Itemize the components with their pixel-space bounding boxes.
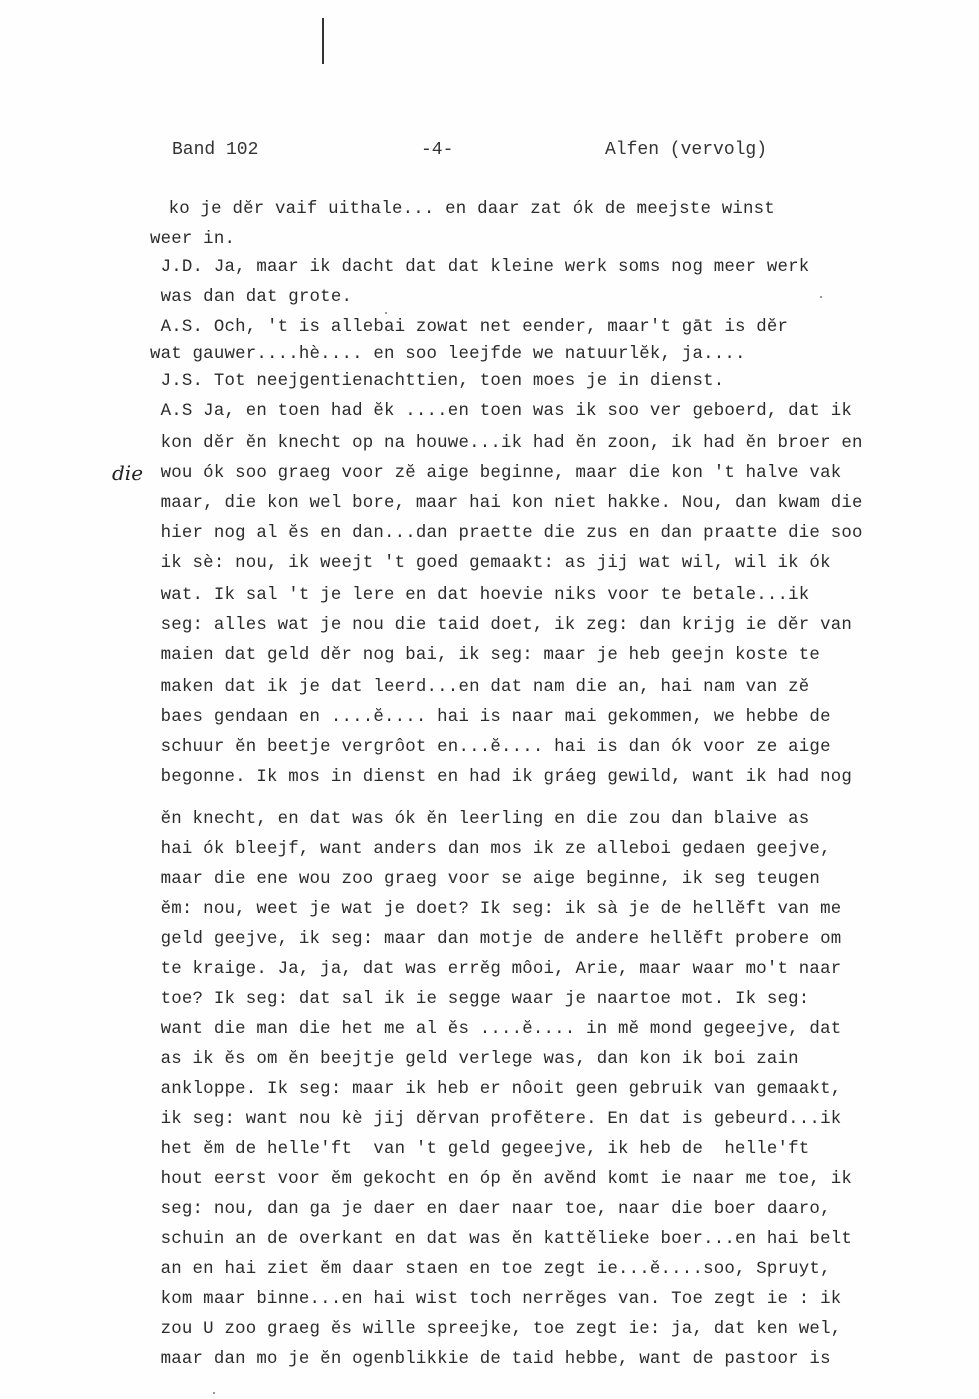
transcript-line: J.S. Tot neejgentienachttien, toen moes … [150, 372, 724, 391]
transcript-line: A.S. Och, 't is allebai zowat net eender… [150, 318, 788, 337]
transcript-line: ankloppe. Ik seg: maar ik heb er nôoit g… [150, 1080, 841, 1099]
transcript-line: geld geejve, ik seg: maar dan motje de a… [150, 930, 841, 949]
transcript-line: ik sè: nou, ik weejt 't goed gemaakt: as… [150, 554, 831, 573]
transcript-line: schuin an de overkant en dat was ĕn katt… [150, 1230, 852, 1249]
transcript-line: J.D. Ja, maar ik dacht dat dat kleine we… [150, 258, 809, 277]
transcript-line: maar dan mo je ĕn ogenblikkie de taid he… [150, 1350, 831, 1369]
transcript-line: ko je dĕr vaif uithale... en daar zat ók… [158, 200, 775, 219]
scan-speck [213, 1392, 215, 1394]
transcript-line: ik seg: want nou kè jij dĕrvan profĕtere… [150, 1110, 841, 1129]
transcript-line: toe? Ik seg: dat sal ik ie segge waar je… [150, 990, 809, 1009]
transcript-line: maar, die kon wel bore, maar hai kon nie… [150, 494, 863, 513]
transcript-line: hout eerst voor ĕm gekocht en óp ĕn avĕn… [150, 1170, 852, 1189]
transcript-line: baes gendaan en ....ĕ.... hai is naar ma… [150, 708, 831, 727]
transcript-line: weer in. [150, 230, 235, 249]
transcript-line: schuur ĕn beetje vergrôot en...ĕ.... hai… [150, 738, 831, 757]
transcript-line: kon dĕr ĕn knecht op na houwe...ik had ĕ… [150, 434, 863, 453]
document-page: Band 102 -4- Alfen (vervolg) die ko je d… [0, 0, 979, 1399]
handwritten-margin-note: die [112, 461, 143, 485]
transcript-line: ĕm: nou, weet je wat je doet? Ik seg: ik… [150, 900, 841, 919]
transcript-line: seg: nou, dan ga je daer en daer naar to… [150, 1200, 831, 1219]
transcript-line: an en hai ziet ĕm daar staen en toe zegt… [150, 1260, 831, 1279]
transcript-line: kom maar binne...en hai wist toch nerrĕg… [150, 1290, 841, 1309]
transcript-line: maar die ene wou zoo graeg voor se aige … [150, 870, 820, 889]
tape-number: Band 102 [172, 140, 258, 160]
transcript-line: hier nog al ĕs en dan...dan praette die … [150, 524, 863, 543]
transcript-line: begonne. Ik mos in dienst en had ik gráe… [150, 768, 852, 787]
transcript-line: wat gauwer....hè.... en soo leejfde we n… [150, 345, 746, 364]
transcript-line: te kraige. Ja, ja, dat was errĕg môoi, A… [150, 960, 841, 979]
transcript-line: ĕn knecht, en dat was ók ĕn leerling en … [150, 810, 809, 829]
transcript-line: was dan dat grote. [150, 288, 352, 307]
transcript-line: seg: alles wat je nou die taid doet, ik … [150, 616, 852, 635]
scan-speck [385, 312, 387, 314]
transcript-line: as ik ĕs om ĕn beejtje geld verlege was,… [150, 1050, 799, 1069]
transcript-line: hai ók bleejf, want anders dan mos ik ze… [150, 840, 831, 859]
page-number: -4- [421, 140, 453, 160]
transcript-line: wou ók soo graeg voor zĕ aige beginne, m… [150, 464, 841, 483]
margin-pen-mark [322, 18, 324, 64]
transcript-line: wat. Ik sal 't je lere en dat hoevie nik… [150, 586, 809, 605]
transcript-line: maken dat ik je dat leerd...en dat nam d… [150, 678, 809, 697]
transcript-line: want die man die het me al ĕs ....ĕ.... … [150, 1020, 841, 1039]
location-title: Alfen (vervolg) [605, 140, 767, 160]
scan-speck [820, 296, 822, 298]
transcript-line: zou U zoo graeg ĕs wille spreejke, toe z… [150, 1320, 841, 1339]
transcript-line: het ĕm de helle'ft van 't geld gegeejve,… [150, 1140, 809, 1159]
page-header: Band 102 -4- Alfen (vervolg) [0, 140, 979, 166]
transcript-line: A.S Ja, en toen had ĕk ....en toen was i… [150, 402, 852, 421]
transcript-line: maien dat geld dĕr nog bai, ik seg: maar… [150, 646, 820, 665]
